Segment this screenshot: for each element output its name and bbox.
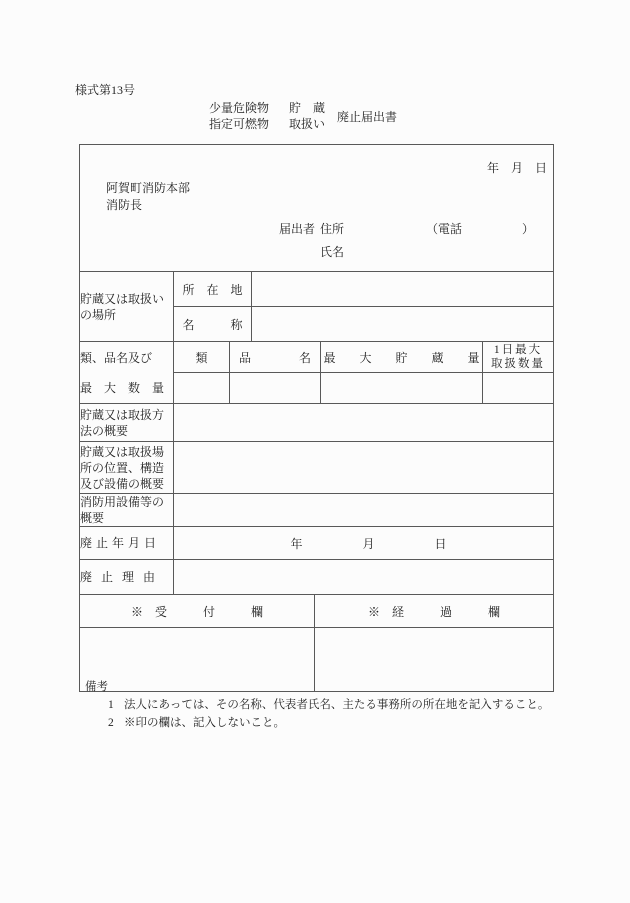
items-col-class-header: 類: [174, 342, 230, 373]
location-address-label: 所 在 地: [174, 272, 252, 307]
title-substance-bottom: 指定可燃物: [209, 116, 269, 132]
title-action-bottom: 取扱い: [289, 116, 325, 132]
form-page: 様式第13号 少量危険物 指定可燃物 貯 蔵 取扱い 廃止届出書 年 月 日 阿…: [0, 0, 630, 903]
progress-column-header: ※ 経 過 欄: [315, 595, 554, 628]
structure-summary-value-cell: [174, 442, 554, 494]
title-substance-options: 少量危険物 指定可燃物: [209, 100, 269, 132]
method-summary-value-cell: [174, 404, 554, 442]
location-name-label: 名 称: [174, 307, 252, 342]
daily-max-line2: 取扱数量: [483, 357, 553, 371]
abolition-reason-value-cell: [174, 560, 554, 595]
note-item: 2 ※印の欄は、記入しないこと。: [85, 716, 565, 730]
note-text: 法人にあっては、その名称、代表者氏名、主たる事務所の所在地を記入すること。: [124, 698, 549, 712]
items-class-value-cell: [174, 373, 230, 404]
items-col-max-storage-header: 最 大 貯 蔵 量: [321, 342, 483, 373]
note-text: ※印の欄は、記入しないこと。: [124, 716, 285, 730]
title-action-top: 貯 蔵: [289, 100, 325, 116]
items-label-line1: 類、品名及び: [80, 350, 173, 366]
location-address-value-cell: [252, 272, 554, 307]
notes-heading: 備考: [85, 680, 565, 694]
row-label-fire-equipment: 消防用設備等の概要: [80, 494, 174, 527]
title-substance-top: 少量危険物: [209, 100, 269, 116]
items-col-daily-max-header: 1日最大 取扱数量: [483, 342, 554, 373]
header-date-line: 年 月 日: [487, 159, 547, 176]
daily-max-line1: 1日最大: [483, 343, 553, 357]
notifier-label: 届出者: [279, 220, 315, 237]
row-label-method-summary: 貯蔵又は取扱方法の概要: [80, 404, 174, 442]
row-label-items: 類、品名及び 最 大 数 量: [80, 342, 174, 404]
form-title: 少量危険物 指定可燃物 貯 蔵 取扱い 廃止届出書: [209, 100, 397, 132]
form-table: 年 月 日 阿賀町消防本部 消防長 届出者 住所 （電話 ） 氏名 貯蔵又は取扱…: [79, 144, 554, 692]
items-daily-max-value-cell: [483, 373, 554, 404]
fire-equipment-value-cell: [174, 494, 554, 527]
form-number: 様式第13号: [75, 81, 135, 98]
items-name-value-cell: [230, 373, 321, 404]
row-label-structure-summary: 貯蔵又は取扱場所の位置、構造及び設備の概要: [80, 442, 174, 494]
name-label: 氏名: [320, 243, 344, 260]
recipient-title: 消防長: [106, 196, 142, 213]
address-label: 住所: [320, 220, 344, 237]
title-suffix: 廃止届出書: [337, 108, 397, 125]
note-number: 1: [108, 698, 124, 712]
recipient-organization: 阿賀町消防本部: [106, 179, 190, 196]
reception-column-header: ※ 受 付 欄: [80, 595, 315, 628]
note-number: 2: [108, 716, 124, 730]
row-label-abolition-date: 廃止年月日: [80, 527, 174, 560]
row-label-abolition-reason: 廃止理由: [80, 560, 174, 595]
items-label-line2: 最 大 数 量: [80, 380, 173, 396]
items-max-storage-value-cell: [321, 373, 483, 404]
abolition-date-value-cell: 年 月 日: [174, 527, 554, 560]
phone-label: （電話 ）: [426, 220, 534, 237]
items-col-name-header: 品 名: [230, 342, 321, 373]
title-action-options: 貯 蔵 取扱い: [289, 100, 325, 132]
note-item: 1 法人にあっては、その名称、代表者氏名、主たる事務所の所在地を記入すること。: [85, 698, 565, 712]
form-header-cell: 年 月 日 阿賀町消防本部 消防長 届出者 住所 （電話 ） 氏名: [80, 145, 554, 272]
notes-section: 備考 1 法人にあっては、その名称、代表者氏名、主たる事務所の所在地を記入するこ…: [85, 680, 565, 730]
location-name-value-cell: [252, 307, 554, 342]
row-label-location: 貯蔵又は取扱いの場所: [80, 272, 174, 342]
